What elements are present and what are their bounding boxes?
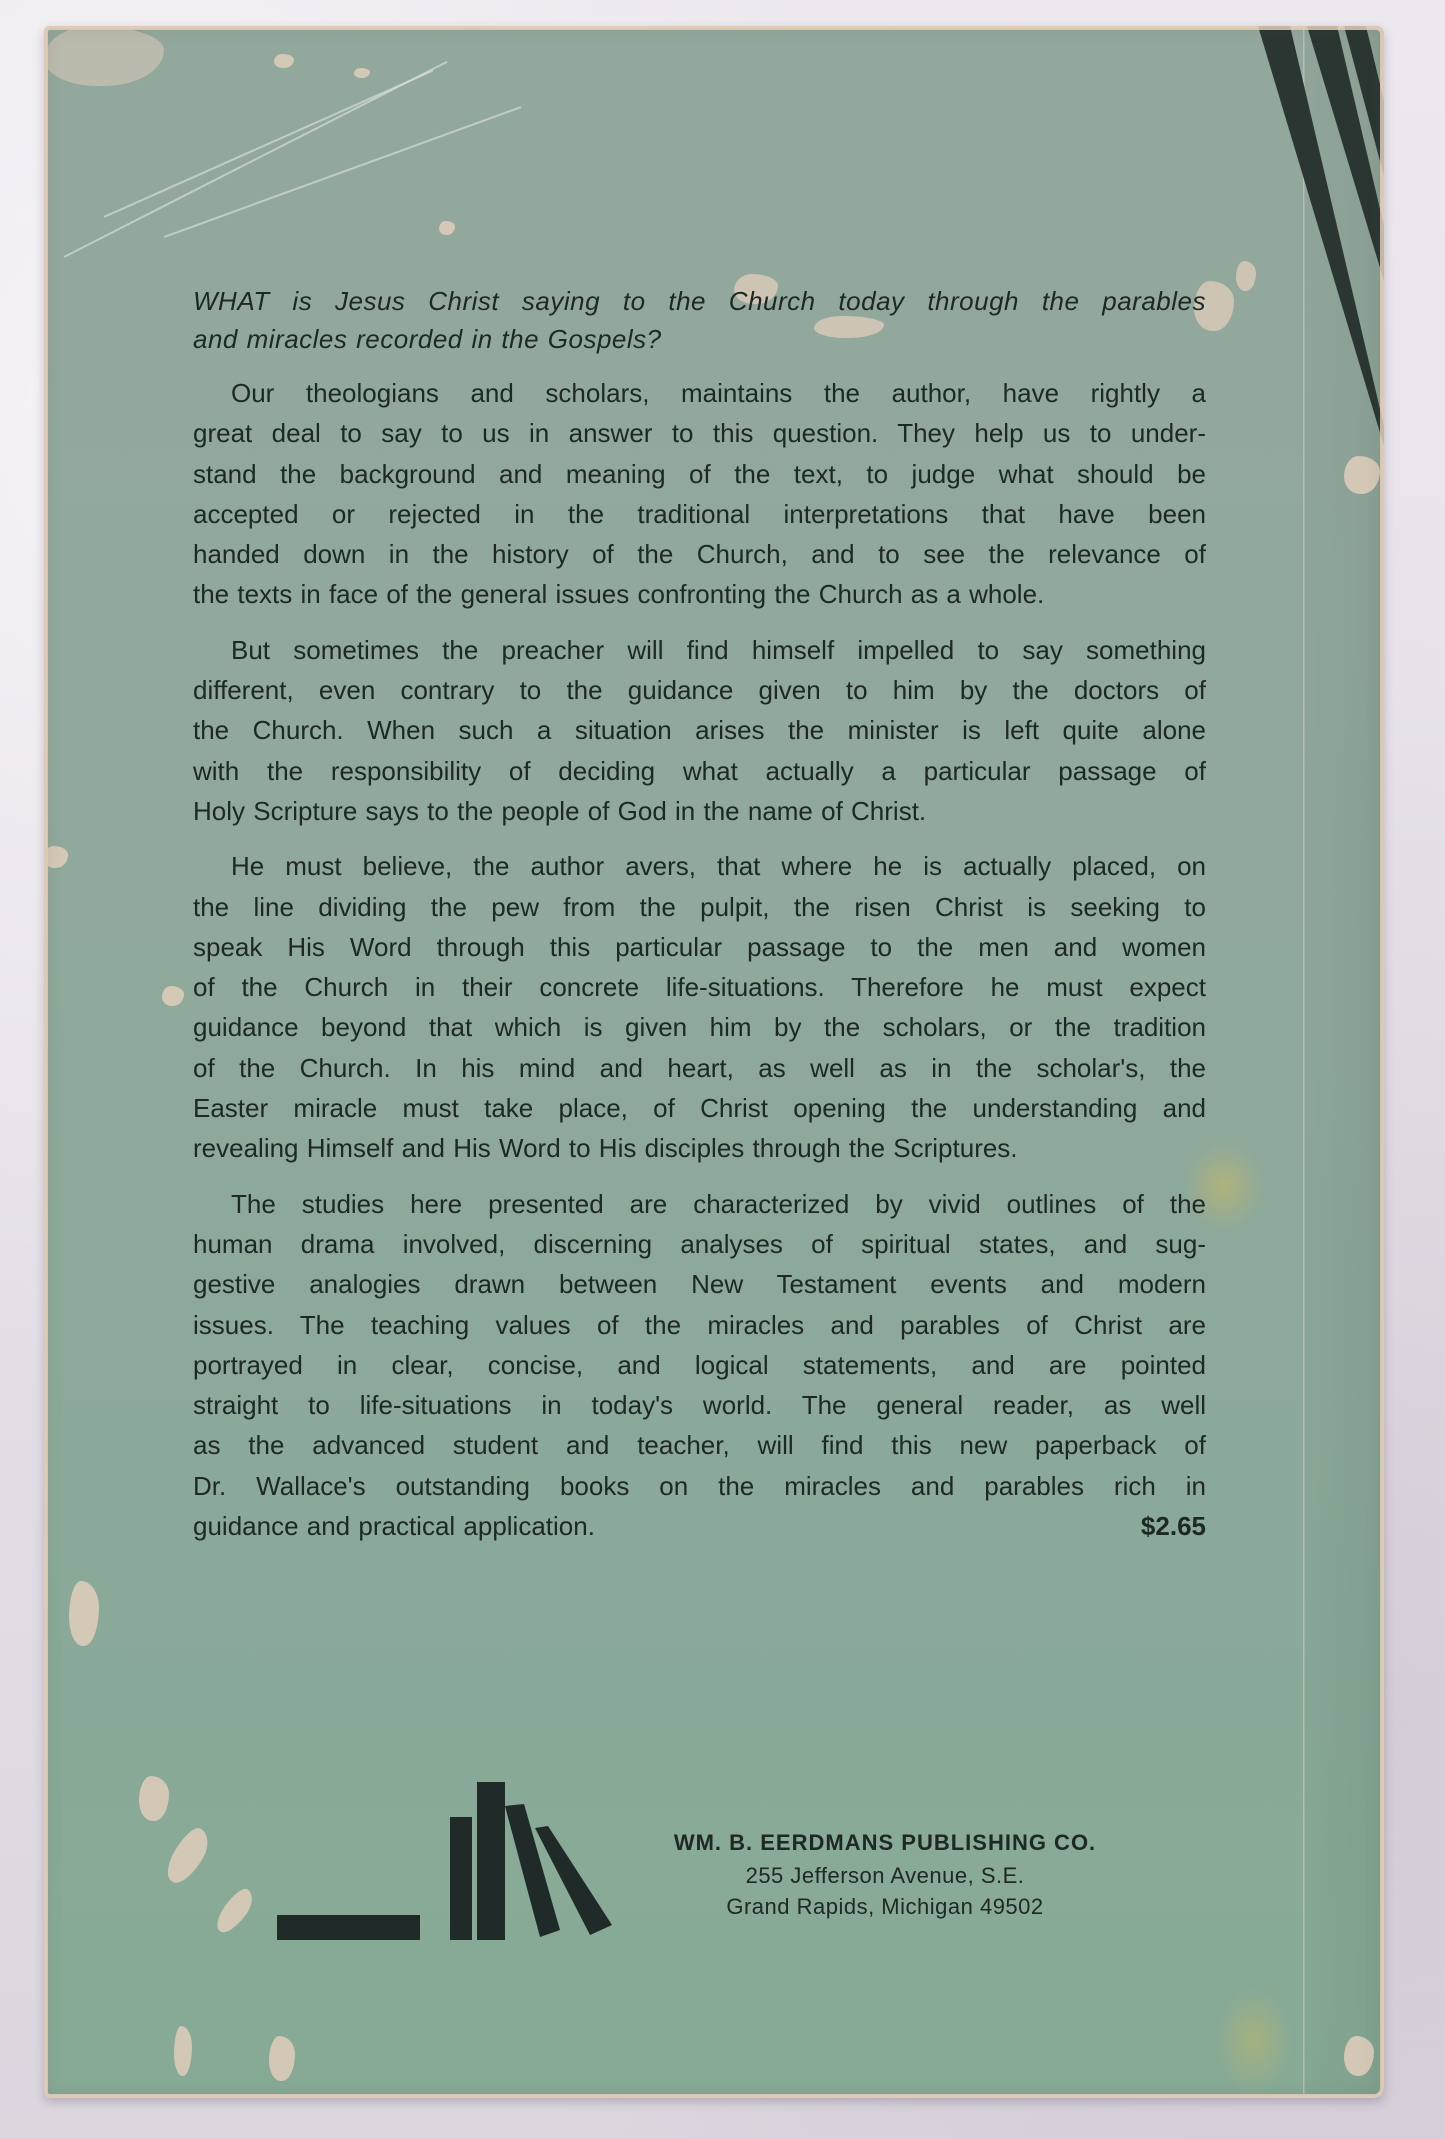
logo-book-2 [477, 1782, 505, 1940]
publisher-name: WM. B. EERDMANS PUBLISHING CO. [650, 1826, 1120, 1860]
logo-shelf-bar [277, 1915, 420, 1940]
publisher-address-line-2: Grand Rapids, Michigan 49502 [650, 1891, 1120, 1922]
publisher-address-line-1: 255 Jefferson Avenue, S.E. [650, 1860, 1120, 1891]
logo-book-1 [450, 1817, 472, 1940]
logo-book-3 [505, 1804, 560, 1937]
bookshelf-logo-icon [44, 26, 1384, 2098]
publisher-imprint: WM. B. EERDMANS PUBLISHING CO. 255 Jeffe… [650, 1826, 1120, 1922]
book-back-cover: WHAT is Jesus Christ saying to the Churc… [44, 26, 1384, 2098]
